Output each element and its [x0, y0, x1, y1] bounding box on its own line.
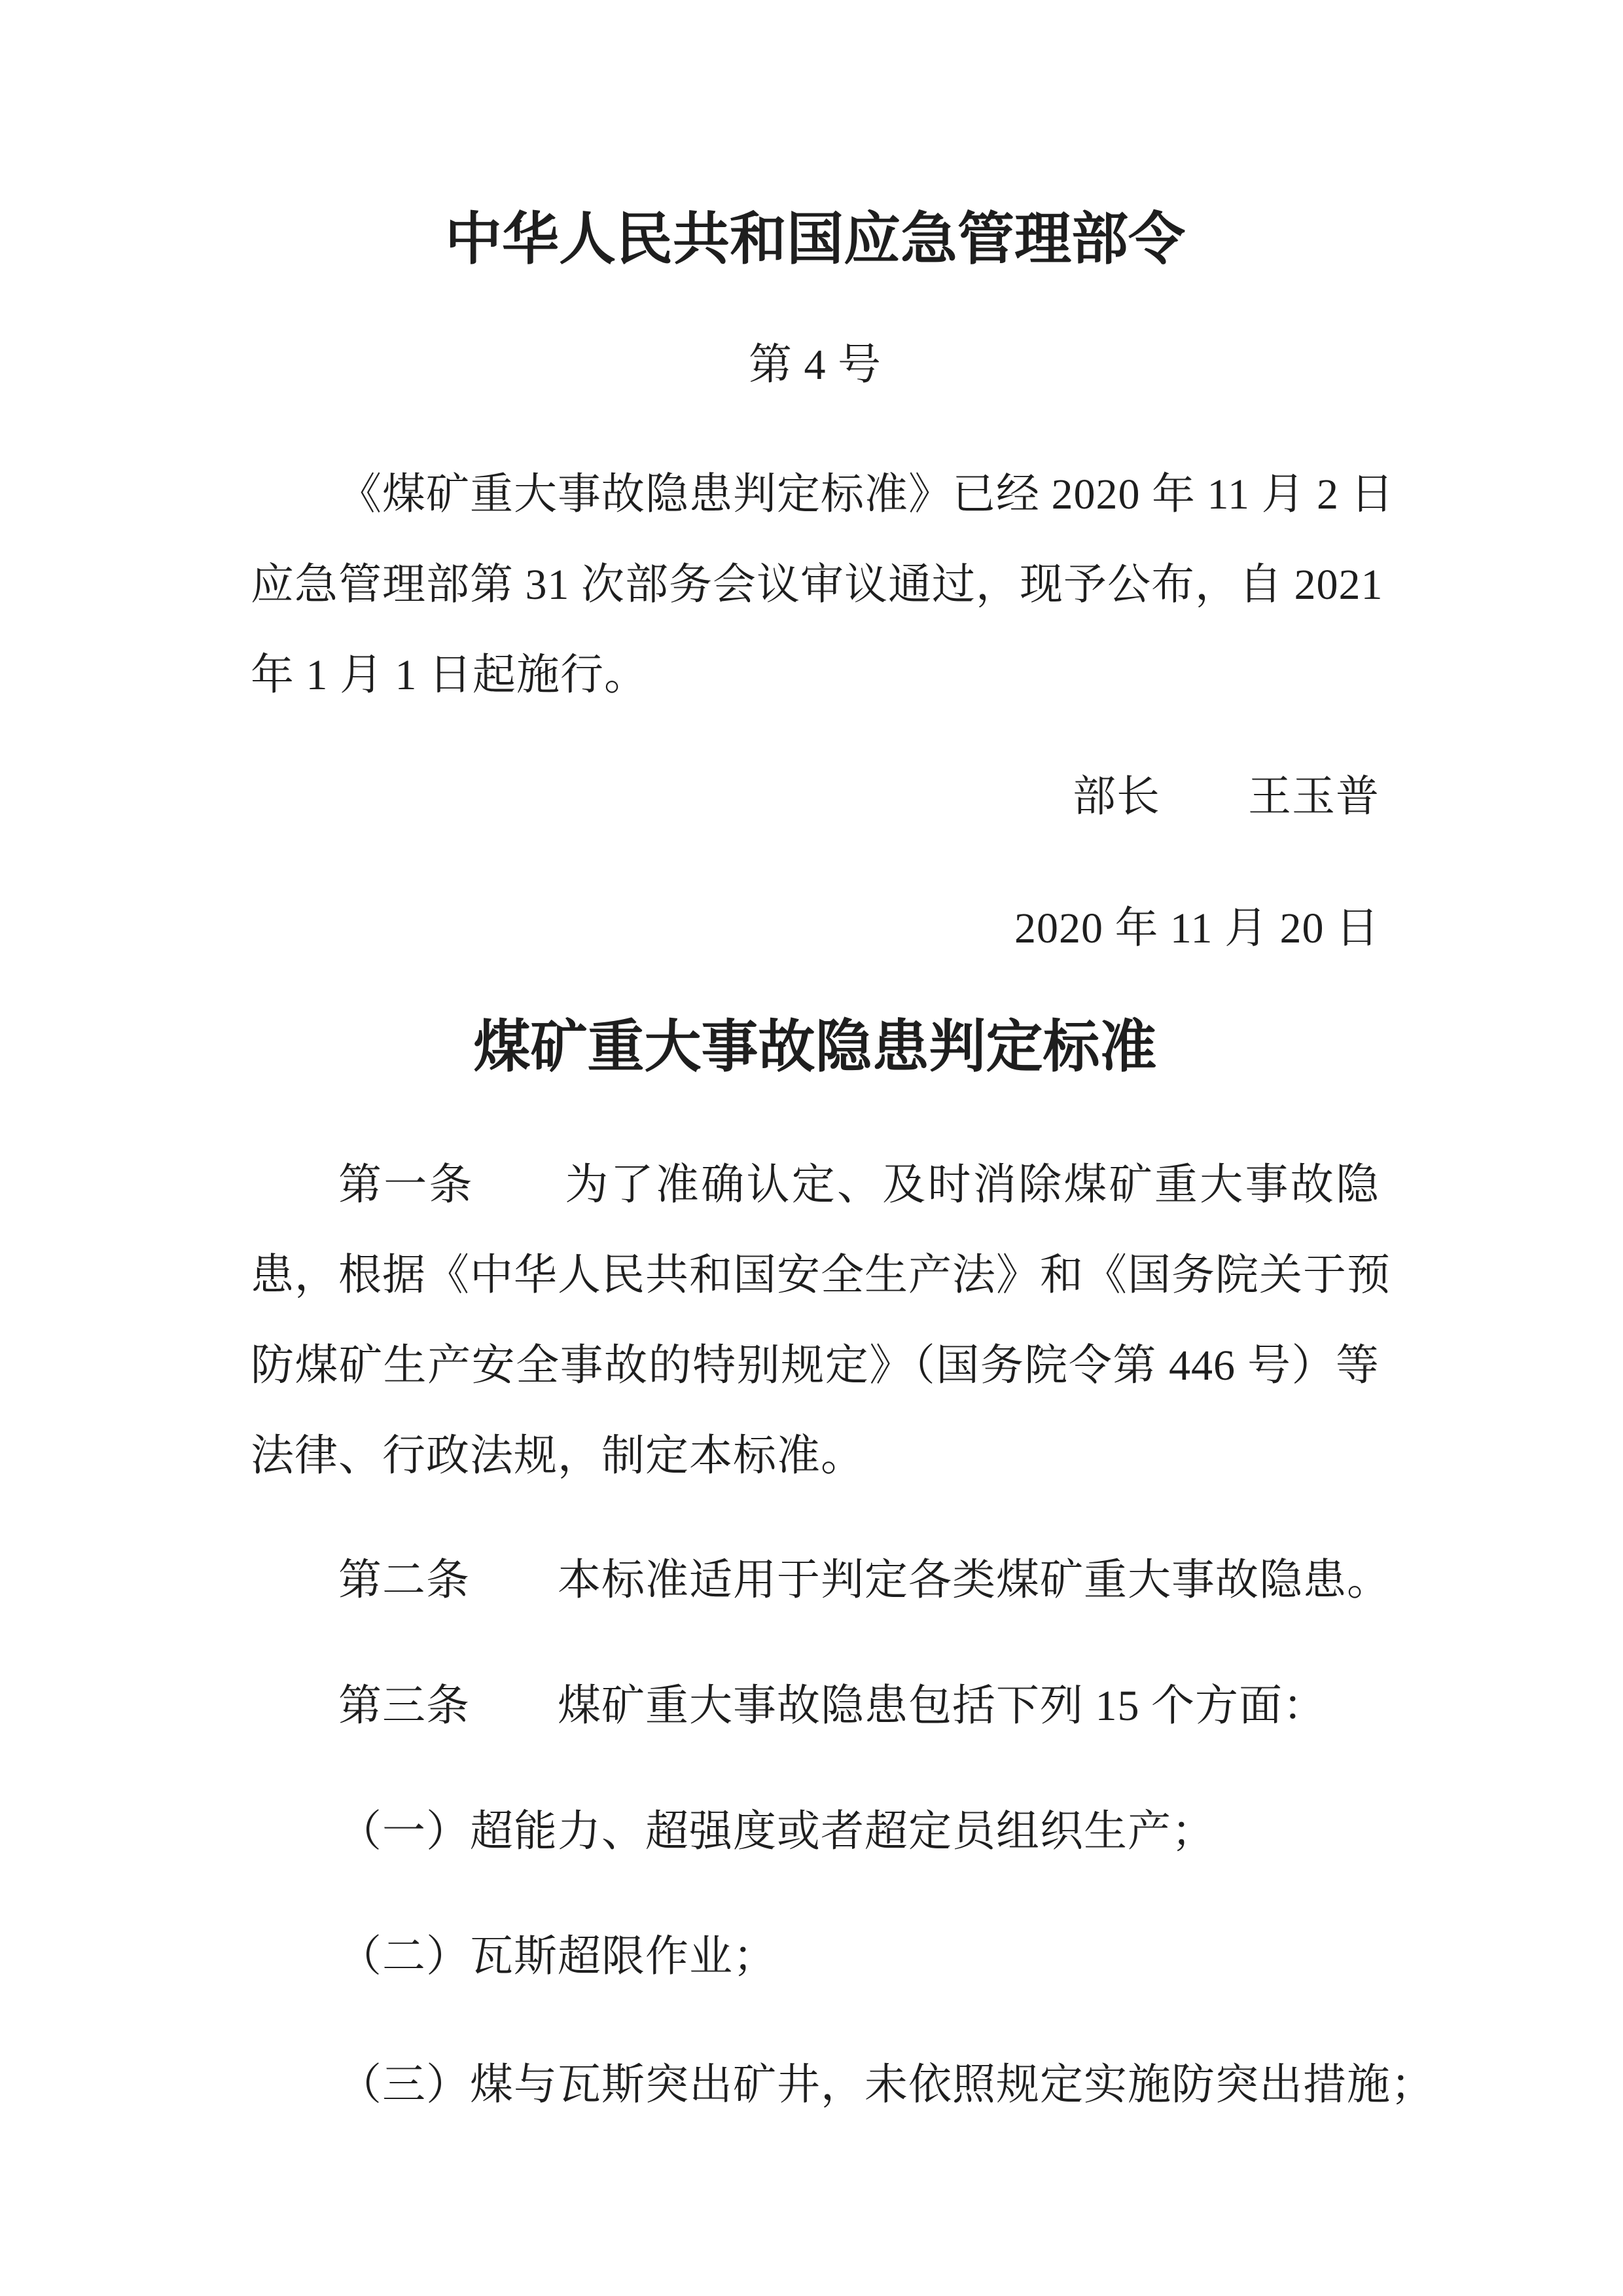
article-3: 第三条 煤矿重大事故隐患包括下列 15 个方面： [251, 1681, 1380, 1731]
article-1-line: 第一条 为了准确认定、及时消除煤矿重大事故隐 [251, 1160, 1380, 1210]
article-1-line: 患，根据《中华人民共和国安全生产法》和《国务院关于预 [251, 1251, 1380, 1300]
document-title: 中华人民共和国应急管理部令 [251, 208, 1380, 271]
document-page: 中华人民共和国应急管理部令 第 4 号 《煤矿重大事故隐患判定标准》已经 202… [0, 0, 1623, 2296]
article-2: 第二条 本标准适用于判定各类煤矿重大事故隐患。 [251, 1556, 1380, 1605]
article-1-line: 防煤矿生产安全事故的特别规定》（国务院令第 446 号）等 [251, 1341, 1380, 1391]
article-3-item: （三）煤与瓦斯突出矿井，未依照规定实施防突出措施； [251, 2060, 1380, 2110]
minister-signature: 部长 王玉普 [251, 772, 1380, 822]
article-1-line: 法律、行政法规，制定本标准。 [251, 1431, 1380, 1481]
standard-heading: 煤矿重大事故隐患判定标准 [251, 1016, 1380, 1079]
preamble-line: 年 1 月 1 日起施行。 [251, 651, 1380, 700]
article-3-item: （二）瓦斯超限作业； [251, 1932, 1380, 1982]
preamble-line: 应急管理部第 31 次部务会议审议通过，现予公布，自 2021 [251, 560, 1380, 610]
issue-date: 2020 年 11 月 20 日 [251, 904, 1380, 954]
article-3-item: （一）超能力、超强度或者超定员组织生产； [251, 1807, 1380, 1857]
order-number: 第 4 号 [251, 340, 1380, 390]
preamble-line: 《煤矿重大事故隐患判定标准》已经 2020 年 11 月 2 日 [251, 470, 1380, 520]
